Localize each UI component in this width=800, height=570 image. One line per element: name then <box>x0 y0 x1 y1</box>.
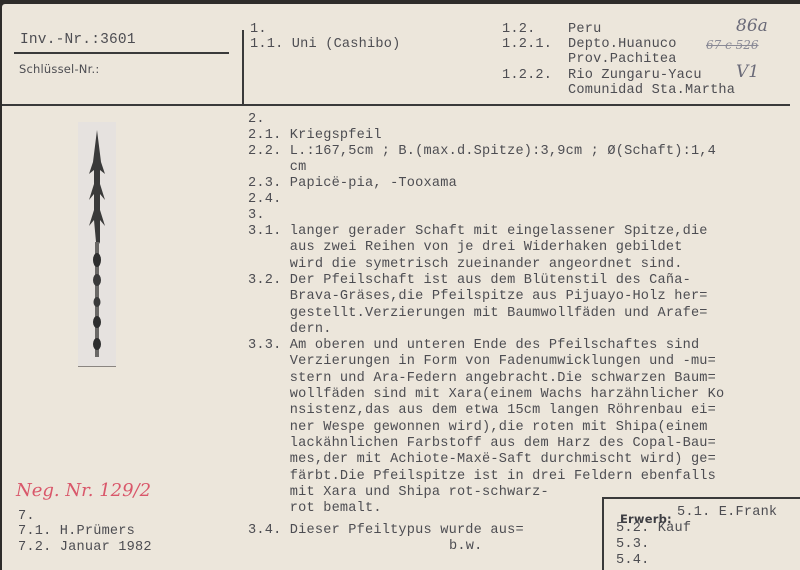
section-7-2: 7.2. Januar 1982 <box>18 540 152 555</box>
section-5-3: 5.3. <box>616 537 649 552</box>
description-line: 3.3. Am oberen und unteren Ende des Pfei… <box>248 338 699 353</box>
section-3-4: 3.4. Dieser Pfeiltypus wurde aus= <box>248 523 524 538</box>
section-1: 1. <box>250 22 267 37</box>
description-line: 3.2. Der Pfeilschaft ist aus dem Blütens… <box>248 273 691 288</box>
description-line: mit Xara und Shipa rot-schwarz- <box>248 485 549 500</box>
section-1-1: 1.1. Uni (Cashibo) <box>250 37 400 52</box>
section-2-2: 2.2. L.:167,5cm ; B.(max.d.Spitze):3,9cm… <box>248 144 716 159</box>
handwritten-v-mark: V1 <box>736 62 759 82</box>
section-5-4: 5.4. <box>616 553 649 566</box>
section-7: 7. <box>18 509 35 524</box>
section-5-1: 5.1. E.Frank <box>677 505 777 520</box>
continued-note: b.w. <box>449 539 482 554</box>
description-line: gestellt.Verzierungen mit Baumwollfäden … <box>248 306 708 321</box>
description-line: aus zwei Reihen von je drei Widerhaken g… <box>248 240 683 255</box>
header-divider <box>242 30 244 106</box>
description-line: stern und Ara-Federn angebracht.Die schw… <box>248 371 716 386</box>
description-line: Brava-Gräses,die Pfeilspitze aus Pijuayo… <box>248 289 708 304</box>
section-1-2-label: 1.2. <box>502 22 535 37</box>
section-1-2-2-label: 1.2.2. <box>502 68 552 83</box>
section-2-2-cont: cm <box>248 160 307 175</box>
section-1-2-1-label: 1.2.1. <box>502 37 552 52</box>
handwritten-code: 86a <box>736 16 768 36</box>
catalog-card: Inv.-Nr.:3601 Schlüssel-Nr.: 1. 1.1. Uni… <box>2 4 800 566</box>
inventory-number: Inv.-Nr.:3601 <box>20 33 136 48</box>
inventory-underline <box>14 52 229 54</box>
description-line: färbt.Die Pfeilspitze ist in drei Felder… <box>248 469 716 484</box>
handwritten-struck-code: 67 c 526 <box>706 38 759 52</box>
section-1-2-1-value2: Prov.Pachitea <box>568 52 677 67</box>
key-number-label: Schlüssel-Nr.: <box>19 62 99 77</box>
description-line: nsistenz,das aus dem etwa 15cm langen Rö… <box>248 403 716 418</box>
section-3: 3. <box>248 208 265 223</box>
section-2-4: 2.4. <box>248 192 281 207</box>
section-1-2-2-value: Rio Zungaru-Yacu <box>568 68 702 83</box>
description-line: wollfäden sind mit Xara(einem Wachs harz… <box>248 387 724 402</box>
description-line: wird die symetrisch zueinander angeordne… <box>248 257 683 272</box>
section-2-1: 2.1. Kriegspfeil <box>248 128 382 143</box>
section-1-2-value: Peru <box>568 22 601 37</box>
description-line: Verzierungen in Form von Fadenumwicklung… <box>248 354 716 369</box>
section-2: 2. <box>248 112 265 127</box>
inventory-label: Inv.-Nr.: <box>20 32 100 48</box>
handwritten-negative-number: Neg. Nr. 129/2 <box>16 480 151 501</box>
section-5-2: 5.2. Kauf <box>616 521 691 536</box>
description-line: dern. <box>248 322 332 337</box>
description-line: mes,der mit Achiote-Maxë-Saft durchmisch… <box>248 452 716 467</box>
artifact-photo <box>78 122 116 367</box>
inventory-value: 3601 <box>100 32 136 48</box>
header-rule <box>2 104 790 106</box>
section-1-2-2-value2: Comunidad Sta.Martha <box>568 83 735 98</box>
acquisition-box-top <box>602 497 800 499</box>
acquisition-box-left <box>602 497 604 566</box>
description-line: 3.1. langer gerader Schaft mit eingelass… <box>248 224 708 239</box>
section-2-3: 2.3. Papicë-pia, -Tooxama <box>248 176 457 191</box>
section-1-2-1-value: Depto.Huanuco <box>568 37 677 52</box>
arrow-image-icon <box>78 122 116 366</box>
description-line: lackähnlichen Farbstoff aus dem Harz des… <box>248 436 716 451</box>
section-7-1: 7.1. H.Prümers <box>18 524 135 539</box>
description-line: rot bemalt. <box>248 501 382 516</box>
description-line: ner Wespe gewonnen wird),die roten mit S… <box>248 420 708 435</box>
